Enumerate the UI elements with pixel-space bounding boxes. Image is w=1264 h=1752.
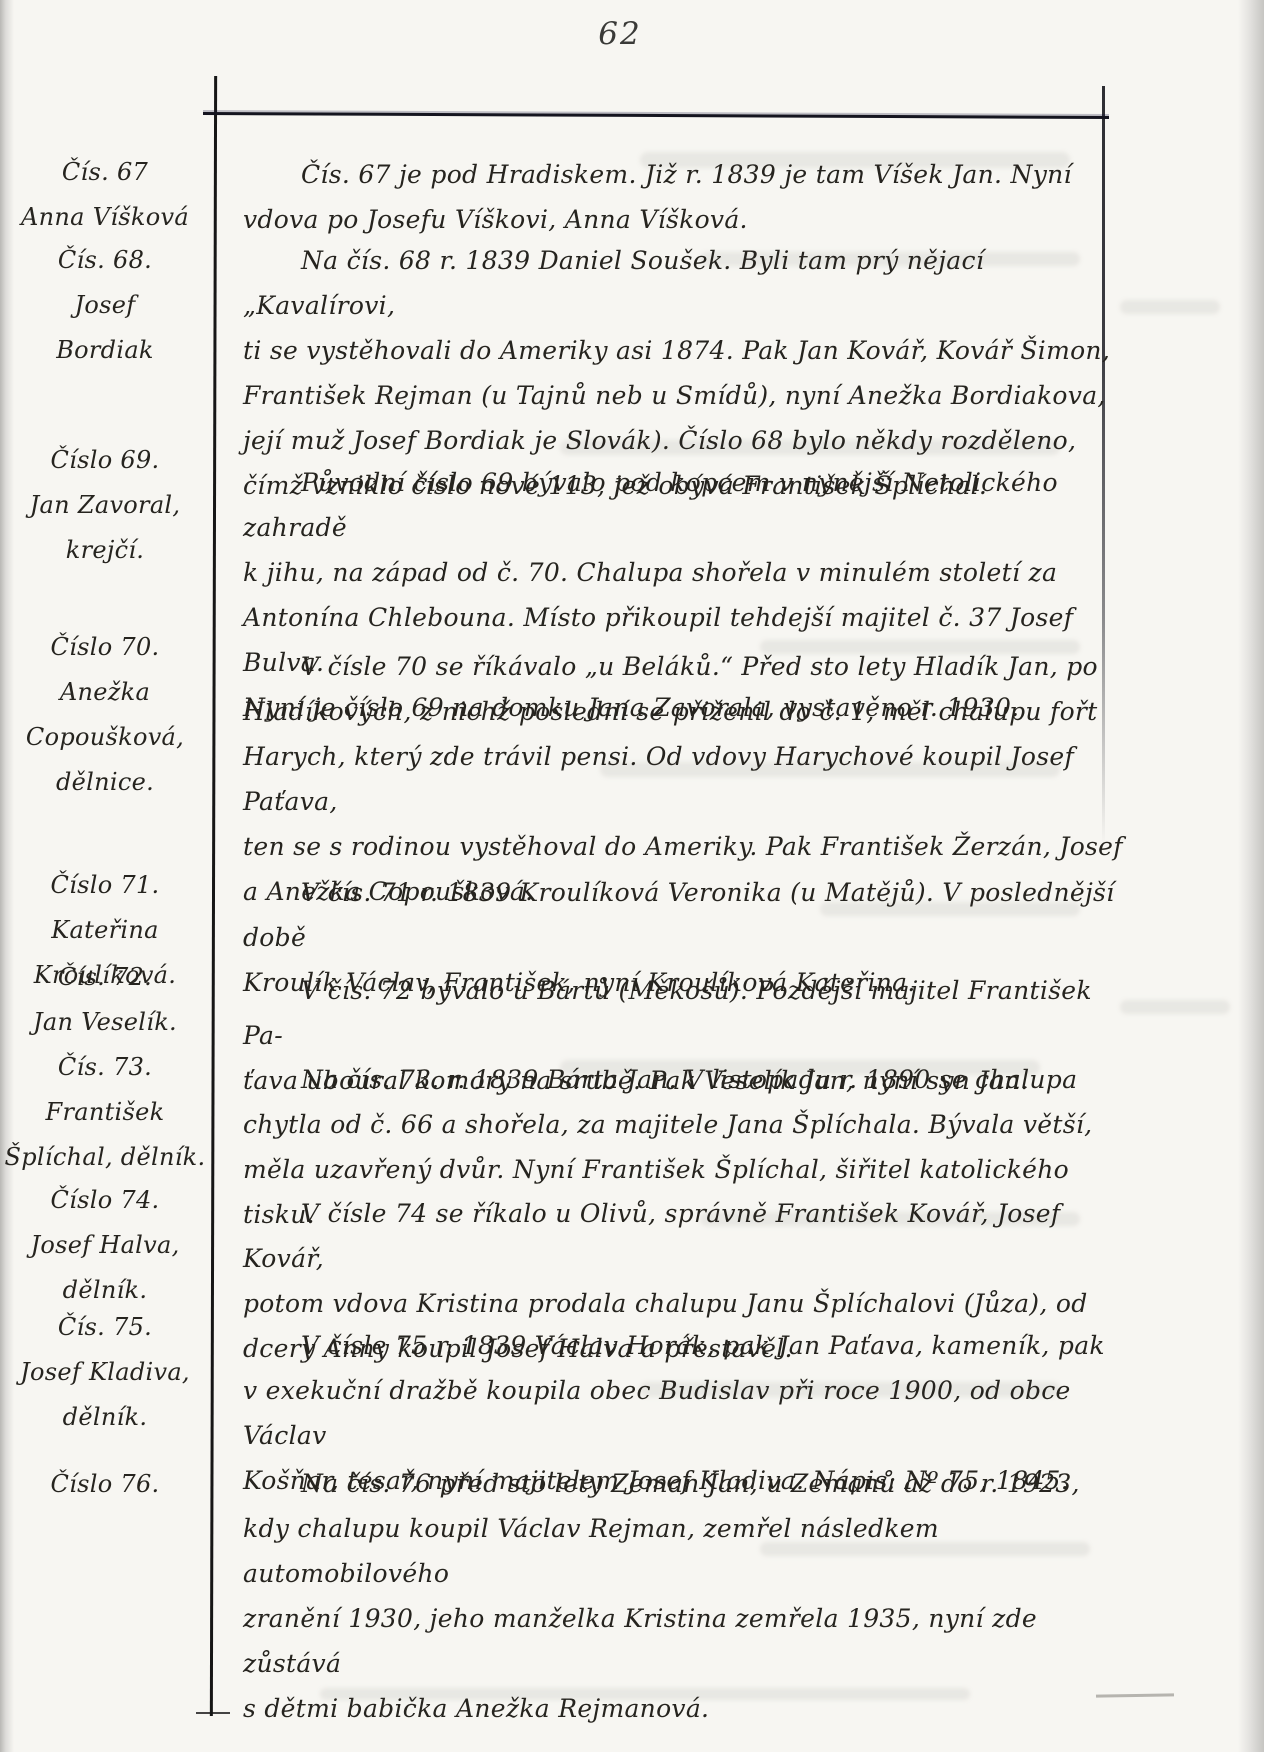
main-text-column: Čís. 67 je pod Hradiskem. Již r. 1839 je… <box>213 0 1133 1752</box>
margin-entry-cislo-76: Číslo 76. <box>4 1462 206 1507</box>
margin-entry-cislo-74: Číslo 74. Josef Halva, dělník. <box>4 1178 206 1313</box>
paragraph-house-76: Na čís. 76 před sto lety Zeman Jan, u Ze… <box>243 1461 1131 1731</box>
paragraph-house-67: Čís. 67 je pod Hradiskem. Již r. 1839 je… <box>243 152 1131 242</box>
margin-entry-cis-73: Čís. 73. František Šplíchal, dělník. <box>4 1045 206 1180</box>
margin-entry-cis-68: Čís. 68. Josef Bordiak <box>4 238 206 373</box>
margin-entry-cislo-69: Číslo 69. Jan Zavoral, krejčí. <box>4 438 206 573</box>
margin-entry-cis-72: Čís. 72. Jan Veselík. <box>4 955 206 1045</box>
margin-entry-cislo-70: Číslo 70. Anežka Copoušková, dělnice. <box>4 625 206 805</box>
bleed-through-artifact <box>1120 300 1220 314</box>
margin-column: Čís. 67 Anna Víšková Čís. 68. Josef Bord… <box>0 0 212 1752</box>
scan-edge-right <box>1238 0 1264 1752</box>
margin-entry-cis-75: Čís. 75. Josef Kladiva, dělník. <box>4 1305 206 1440</box>
scanned-chronicle-page: 62 Čís. 67 Anna Víšková Čís. 68. Josef B… <box>0 0 1264 1752</box>
margin-entry-cis-67: Čís. 67 Anna Víšková <box>4 150 206 240</box>
bleed-through-artifact <box>1120 1000 1230 1014</box>
